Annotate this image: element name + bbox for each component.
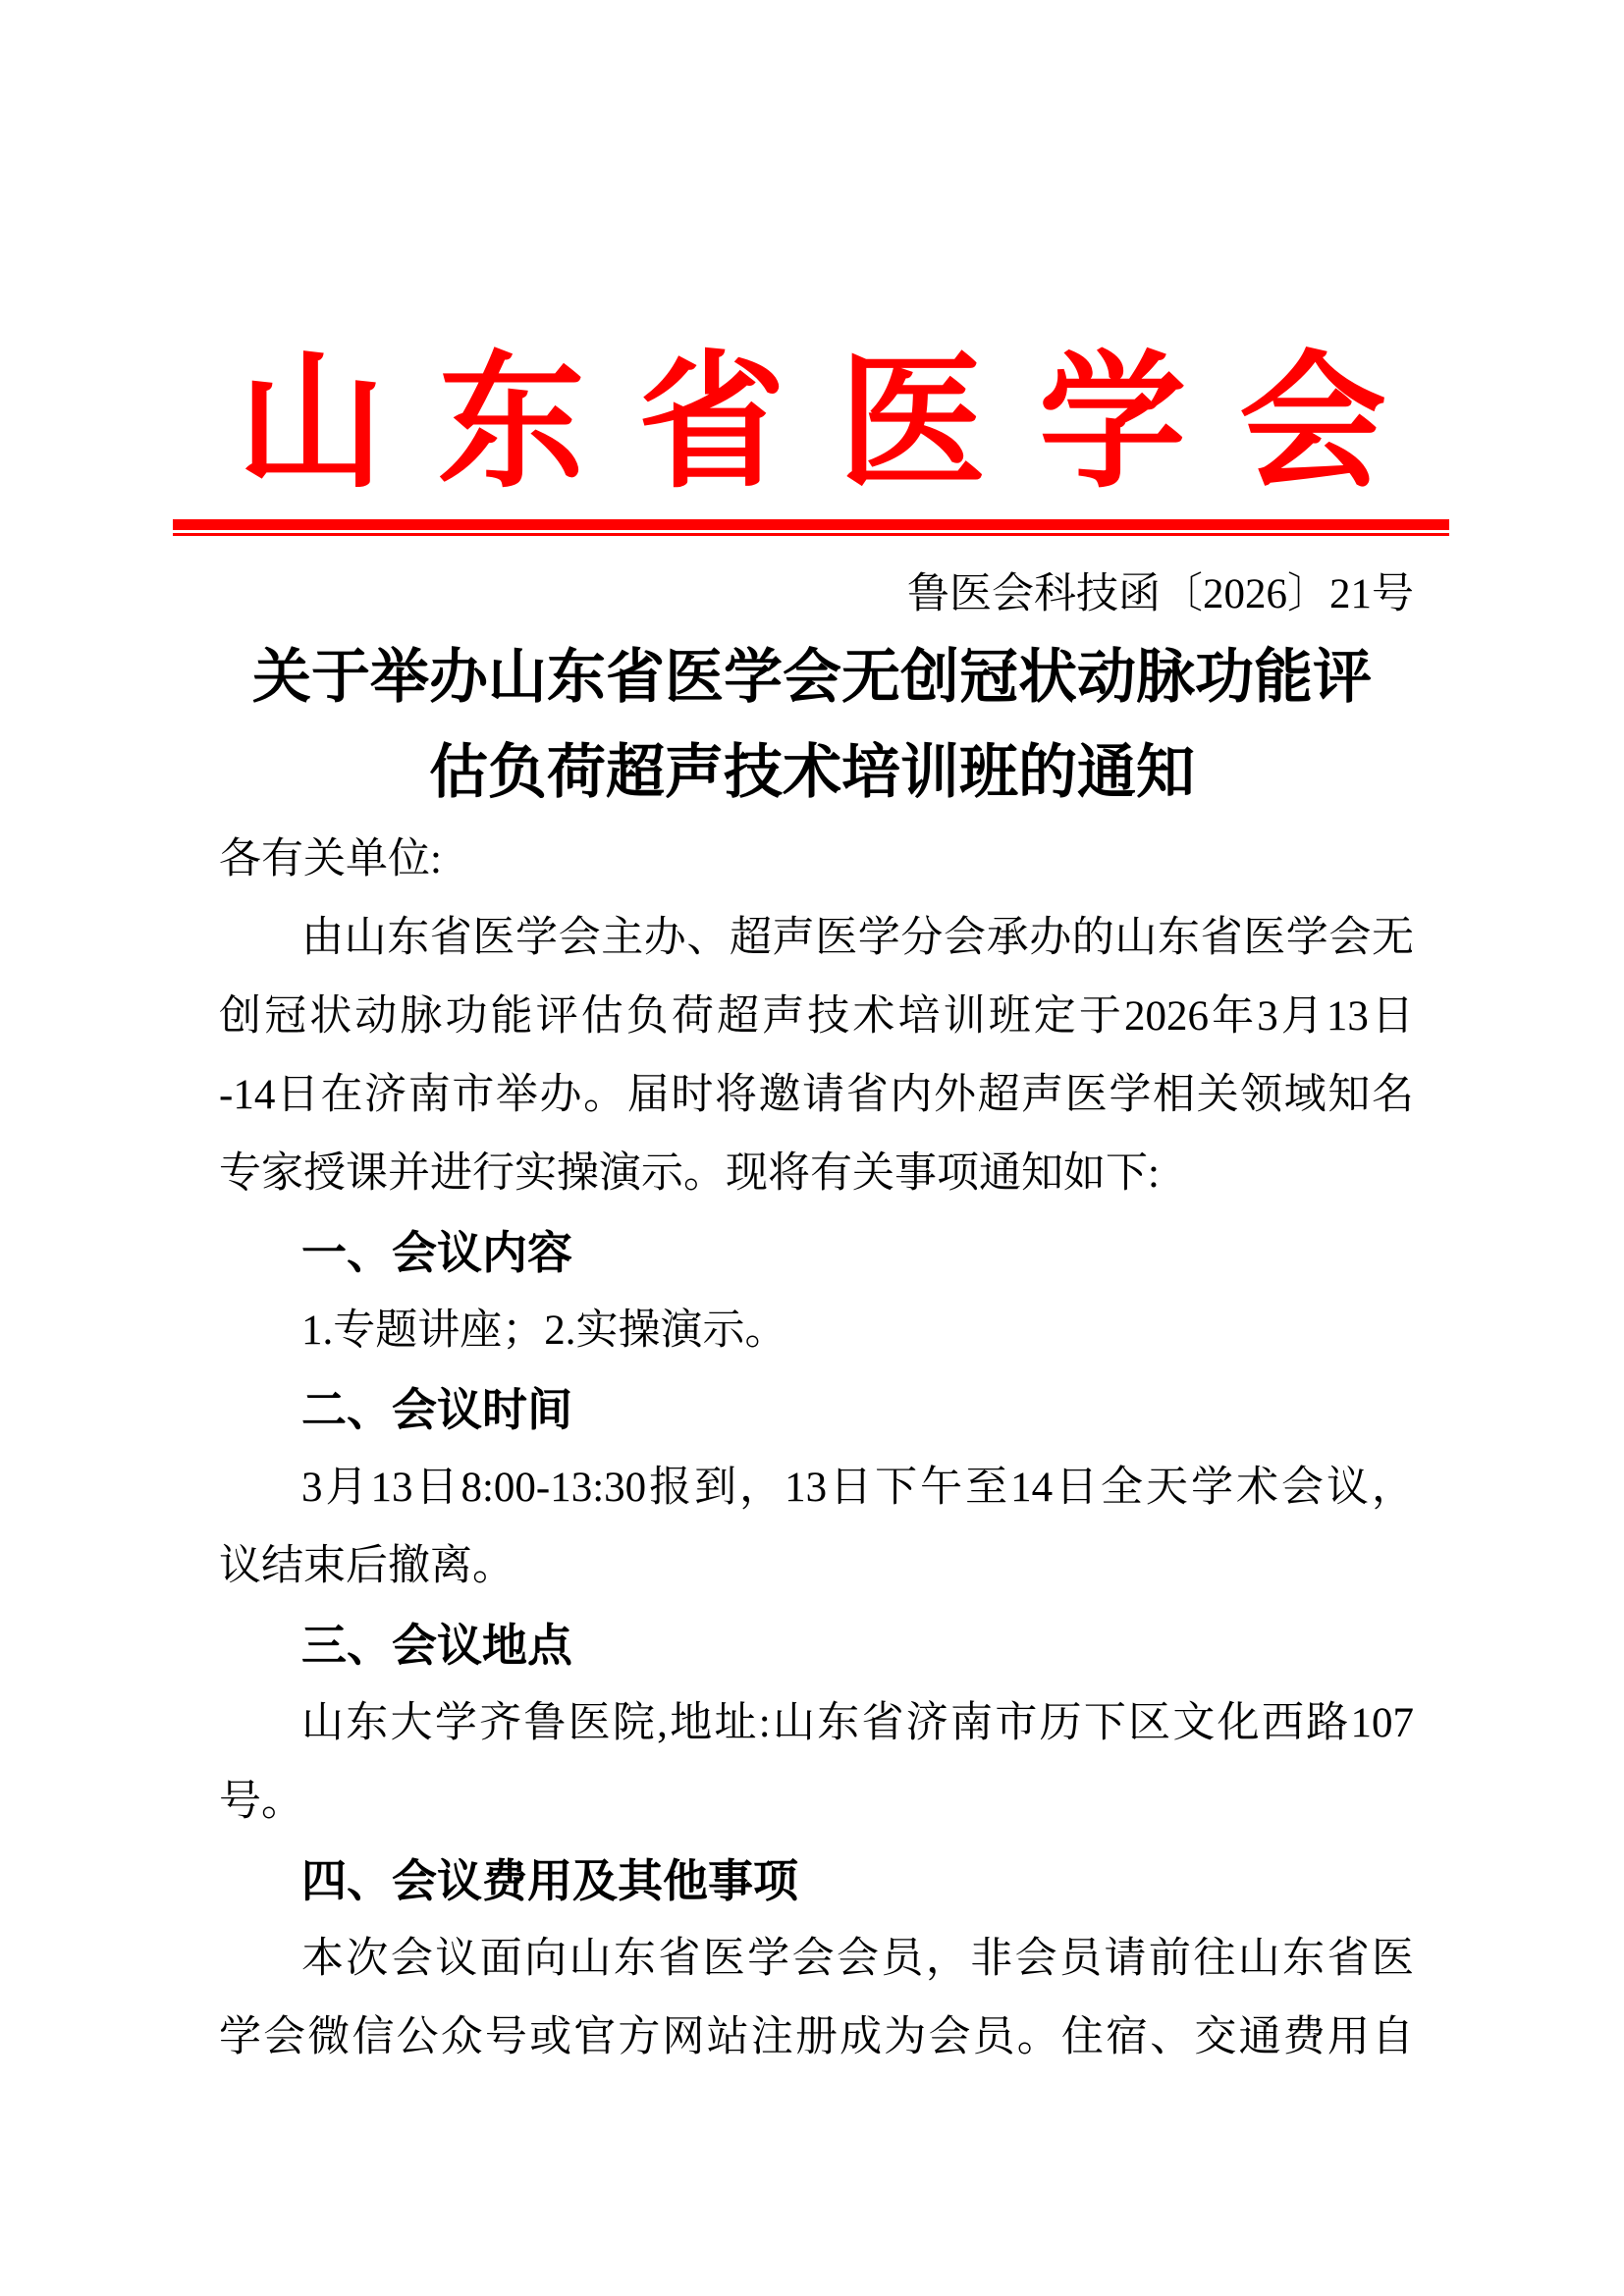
section-heading-4: 四、会议费用及其他事项 [219, 1842, 1414, 1920]
divider-thick-line [173, 519, 1449, 530]
paragraph-intro-line-1: 由山东省医学会主办、超声医学分会承办的山东省医学会无 [219, 899, 1414, 978]
section-heading-3: 三、会议地点 [219, 1606, 1414, 1684]
divider-thin-line [173, 533, 1449, 536]
paragraph-fees-line-2: 学会微信公众号或官方网站注册成为会员。住宿、交通费用自 [219, 1999, 1414, 2077]
paragraph-time-line-2: 议结束后撤离。 [219, 1527, 1414, 1606]
document-body: 各有关单位: 由山东省医学会主办、超声医学分会承办的山东省医学会无 创冠状动脉功… [219, 821, 1414, 2077]
section-heading-2: 二、会议时间 [219, 1370, 1414, 1449]
paragraph-time-line-1: 3月13日8:00-13:30报到，13日下午至14日全天学术会议， [219, 1449, 1414, 1527]
salutation: 各有关单位: [219, 821, 1414, 899]
letterhead-divider [173, 519, 1449, 536]
paragraph-intro-line-2: 创冠状动脉功能评估负荷超声技术培训班定于2026年3月13日 [219, 978, 1414, 1056]
paragraph-intro-line-4: 专家授课并进行实操演示。现将有关事项通知如下: [219, 1135, 1414, 1213]
notice-title-line-1: 关于举办山东省医学会无创冠状动脉功能评 [98, 645, 1526, 710]
paragraph-venue-line-1: 山东大学齐鲁医院,地址:山东省济南市历下区文化西路107 [219, 1684, 1414, 1763]
section-heading-1: 一、会议内容 [219, 1213, 1414, 1292]
doc-number: 鲁医会科技函〔2026〕21号 [219, 569, 1414, 620]
paragraph-intro-line-3: -14日在济南市举办。届时将邀请省内外超声医学相关领域知名 [219, 1056, 1414, 1135]
paragraph-agenda: 1.专题讲座；2.实操演示。 [219, 1292, 1414, 1370]
org-name-header: 山东省医学会 [0, 346, 1624, 503]
paragraph-venue-line-2: 号。 [219, 1763, 1414, 1842]
paragraph-fees-line-1: 本次会议面向山东省医学会会员，非会员请前往山东省医 [219, 1920, 1414, 1999]
notice-document-page: 山东省医学会 鲁医会科技函〔2026〕21号 关于举办山东省医学会无创冠状动脉功… [0, 0, 1624, 2296]
notice-title-line-2: 估负荷超声技术培训班的通知 [98, 740, 1526, 805]
